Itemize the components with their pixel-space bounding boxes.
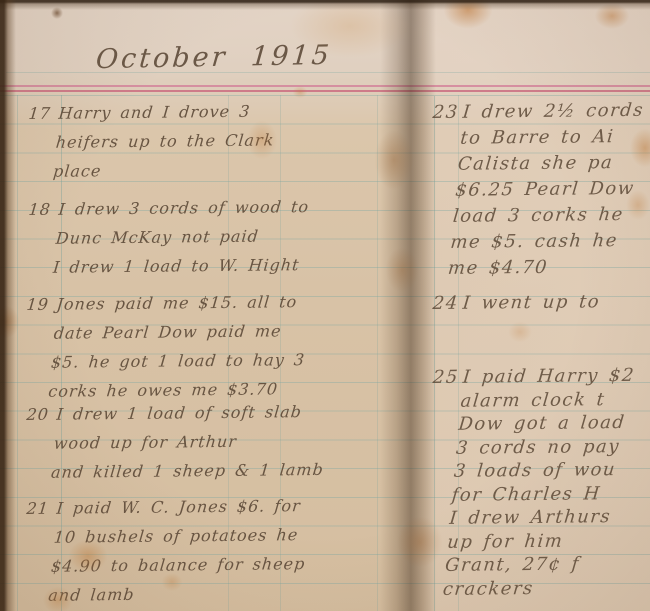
vignette-overlay bbox=[0, 0, 650, 611]
journal-photo: October 1915 17 Harry and I drove 3 heif… bbox=[0, 0, 650, 611]
